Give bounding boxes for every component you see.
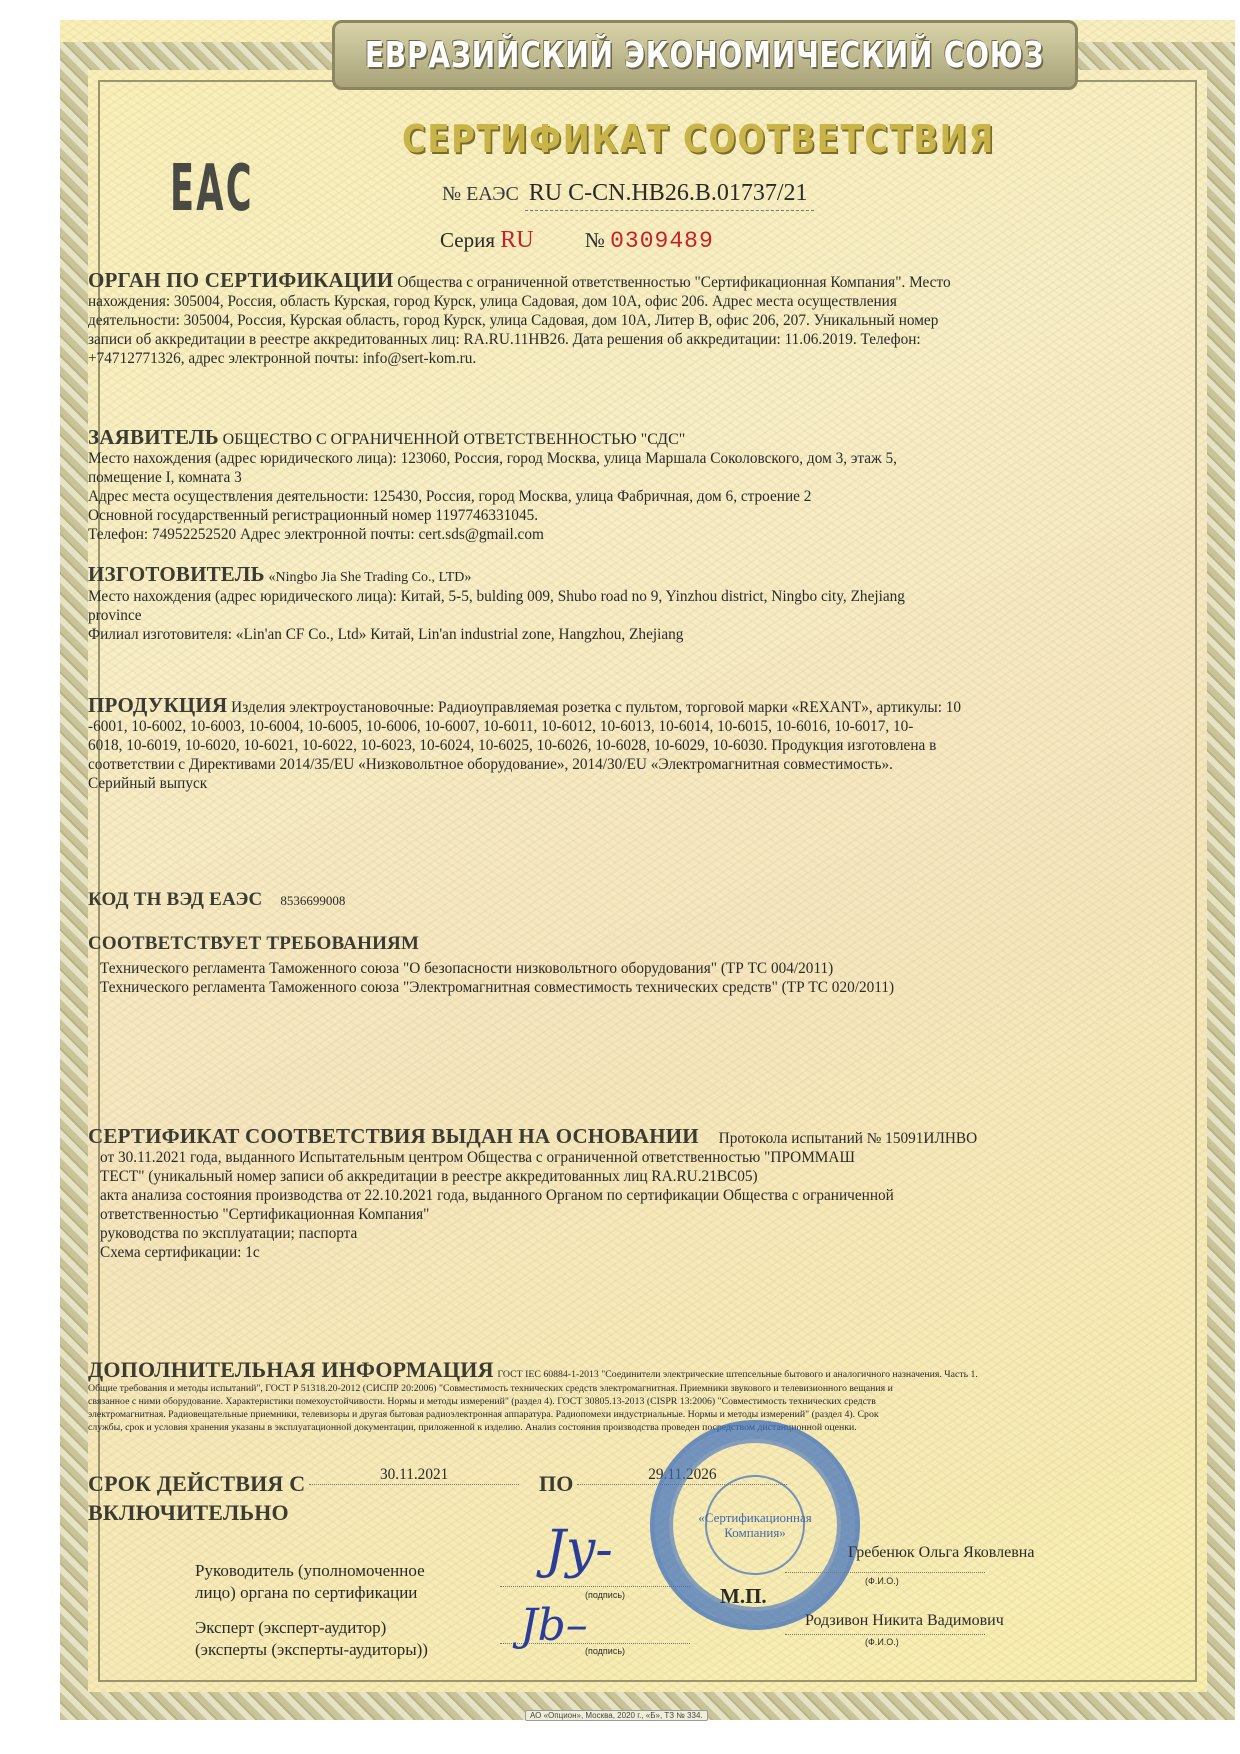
- text-line: Адрес места осуществления деятельности: …: [88, 487, 1148, 506]
- text-line: Технического регламента Таможенного союз…: [88, 978, 1148, 997]
- union-title: ЕВРАЗИЙСКИЙ ЭКОНОМИЧЕСКИЙ СОЮЗ: [365, 35, 1044, 76]
- head-signature-caption: (подпись): [585, 1590, 625, 1600]
- certificate-number-label: № ЕАЭС: [442, 183, 519, 205]
- text-line: Место нахождения (адрес юридического лиц…: [88, 587, 1148, 606]
- text-line: электромагнитная. Радиовещательные прием…: [88, 1408, 1148, 1421]
- text-line: province: [88, 606, 1148, 625]
- text-line: Общие требования и методы испытаний", ГО…: [88, 1382, 1148, 1395]
- text-line: ГОСТ IEC 60884-1-2013 "Соединители элект…: [498, 1369, 978, 1380]
- head-signature: Jy-: [545, 1520, 613, 1580]
- text-line: помещение I, комната 3: [88, 468, 1148, 487]
- text-line: Технического регламента Таможенного союз…: [88, 959, 1148, 978]
- tn-ved-code: 8536699008: [280, 893, 345, 908]
- head-signatory-label: Руководитель (уполномоченное лицо) орган…: [195, 1560, 495, 1604]
- head-signature-line: [500, 1586, 690, 1587]
- print-info: АО «Опцион», Москва, 2020 г., «Б», ТЗ № …: [525, 1710, 708, 1721]
- section-heading: СЕРТИФИКАТ СООТВЕТСТВИЯ ВЫДАН НА ОСНОВАН…: [88, 1124, 699, 1148]
- certification-scheme: Схема сертификации: 1с: [88, 1243, 1148, 1262]
- text-line: Место нахождения (адрес юридического лиц…: [88, 449, 1148, 468]
- head-name-line: [785, 1572, 985, 1573]
- blank-number-value: 0309489: [610, 228, 714, 254]
- text-line: руководства по эксплуатации; паспорта: [88, 1224, 1148, 1243]
- section-heading: ПРОДУКЦИЯ: [88, 693, 227, 717]
- section-heading: КОД ТН ВЭД ЕАЭС: [88, 889, 262, 910]
- text-line: Серийный выпуск: [88, 774, 1148, 793]
- certificate-number-value: RU C-CN.НВ26.В.01737/21: [525, 180, 814, 211]
- expert-name-line: [785, 1634, 985, 1635]
- text-line: Изделия электроустановочные: Радиоуправл…: [231, 699, 961, 716]
- basis-section: СЕРТИФИКАТ СООТВЕТСТВИЯ ВЫДАН НА ОСНОВАН…: [88, 1127, 1148, 1262]
- text-line: ответственностью "Сертификационная Компа…: [88, 1205, 1148, 1224]
- validity-from-label: СРОК ДЕЙСТВИЯ С: [88, 1471, 305, 1496]
- eac-logo-icon: ЕАС: [170, 152, 254, 226]
- validity-from-date: 30.11.2021: [309, 1465, 519, 1485]
- applicant-name: ОБЩЕСТВО С ОГРАНИЧЕННОЙ ОТВЕТСТВЕННОСТЬЮ…: [223, 431, 686, 448]
- text-line: Руководитель (уполномоченное: [195, 1560, 495, 1582]
- text-line: записи об аккредитации в реестре аккреди…: [88, 330, 1148, 349]
- expert-signature: Jb–: [520, 1600, 588, 1651]
- text-line: Филиал изготовителя: «Lin'an CF Co., Ltd…: [88, 625, 1148, 644]
- text-line: Эксперт (эксперт-аудитор): [195, 1617, 495, 1639]
- text-line: (эксперты (эксперты-аудиторы)): [195, 1639, 495, 1661]
- expert-signature-caption: (подпись): [585, 1646, 625, 1656]
- expert-name-caption: (Ф.И.О.): [865, 1637, 899, 1647]
- text-line: деятельности: 305004, Россия, Курская об…: [88, 311, 1148, 330]
- text-line: Основной государственный регистрационный…: [88, 506, 1148, 525]
- text-line: от 30.11.2021 года, выданного Испытатель…: [88, 1148, 1148, 1167]
- text-line: ТЕСТ" (уникальный номер записи об аккред…: [88, 1167, 1148, 1186]
- section-heading: ОРГАН ПО СЕРТИФИКАЦИИ: [88, 268, 393, 292]
- series-label: Серия: [440, 228, 495, 252]
- section-heading: ИЗГОТОВИТЕЛЬ: [88, 562, 265, 586]
- text-line: связанное с ними оборудование. Характери…: [88, 1395, 1148, 1408]
- validity-to-label: ПО: [539, 1471, 574, 1496]
- text-line: Общества с ограниченной ответственностью…: [397, 274, 950, 291]
- section-heading: СООТВЕТСТВУЕТ ТРЕБОВАНИЯМ: [88, 934, 1148, 953]
- text-line: лицо) органа по сертификации: [195, 1582, 495, 1604]
- seal-center-text: «Сертификационная Компания»: [705, 1475, 805, 1575]
- head-name: Гребенюк Ольга Яковлевна: [848, 1544, 1034, 1562]
- text-line: 6018, 10-6019, 10-6020, 10-6021, 10-6022…: [88, 736, 1148, 755]
- test-report: Протокола испытаний № 15091ИЛНВО: [719, 1130, 978, 1147]
- product-section: ПРОДУКЦИЯ Изделия электроустановочные: Р…: [88, 696, 1148, 793]
- head-name-caption: (Ф.И.О.): [865, 1576, 899, 1586]
- text-line: Телефон: 74952252520 Адрес электронной п…: [88, 525, 1148, 544]
- tn-ved-section: КОД ТН ВЭД ЕАЭС 8536699008: [88, 890, 1148, 910]
- validity-section: СРОК ДЕЙСТВИЯ С 30.11.2021 ПО 29.11.2026…: [88, 1474, 1148, 1522]
- text-line: нахождения: 305004, Россия, область Курс…: [88, 292, 1148, 311]
- document-title: СЕРТИФИКАТ СООТВЕТСТВИЯ: [402, 117, 878, 161]
- validity-inclusive: ВКЛЮЧИТЕЛЬНО: [88, 1503, 1148, 1522]
- expert-signatory-label: Эксперт (эксперт-аудитор) (эксперты (экс…: [195, 1617, 495, 1661]
- expert-name: Родзивон Никита Вадимович: [805, 1612, 1004, 1630]
- text-line: акта анализа состояния производства от 2…: [88, 1186, 1148, 1205]
- additional-info-section: ДОПОЛНИТЕЛЬНАЯ ИНФОРМАЦИЯ ГОСТ IEC 60884…: [88, 1360, 1148, 1434]
- seal-label: М.П.: [720, 1584, 767, 1609]
- series-row: Серия RU № 0309489: [440, 227, 714, 254]
- blank-number-label: №: [585, 228, 605, 252]
- union-banner: ЕВРАЗИЙСКИЙ ЭКОНОМИЧЕСКИЙ СОЮЗ: [332, 20, 1078, 90]
- manufacturer-section: ИЗГОТОВИТЕЛЬ «Ningbo Jia She Trading Co.…: [88, 565, 1148, 644]
- manufacturer-name: «Ningbo Jia She Trading Co., LTD»: [269, 570, 472, 585]
- text-line: службы, срок и условия хранения указаны …: [88, 1421, 1148, 1434]
- text-line: +74712771326, адрес электронной почты: i…: [88, 349, 1148, 368]
- applicant-section: ЗАЯВИТЕЛЬ ОБЩЕСТВО С ОГРАНИЧЕННОЙ ОТВЕТС…: [88, 428, 1148, 544]
- section-heading: ДОПОЛНИТЕЛЬНАЯ ИНФОРМАЦИЯ: [88, 1357, 494, 1382]
- text-line: соответствии с Директивами 2014/35/EU «Н…: [88, 755, 1148, 774]
- text-line: -6001, 10-6002, 10-6003, 10-6004, 10-600…: [88, 717, 1148, 736]
- certificate-number: № ЕАЭС RU C-CN.НВ26.В.01737/21: [442, 180, 814, 207]
- certification-body-section: ОРГАН ПО СЕРТИФИКАЦИИ Общества с огранич…: [88, 271, 1148, 368]
- requirements-section: СООТВЕТСТВУЕТ ТРЕБОВАНИЯМ Технического р…: [88, 934, 1148, 997]
- section-heading: ЗАЯВИТЕЛЬ: [88, 425, 219, 449]
- series-value: RU: [500, 227, 533, 253]
